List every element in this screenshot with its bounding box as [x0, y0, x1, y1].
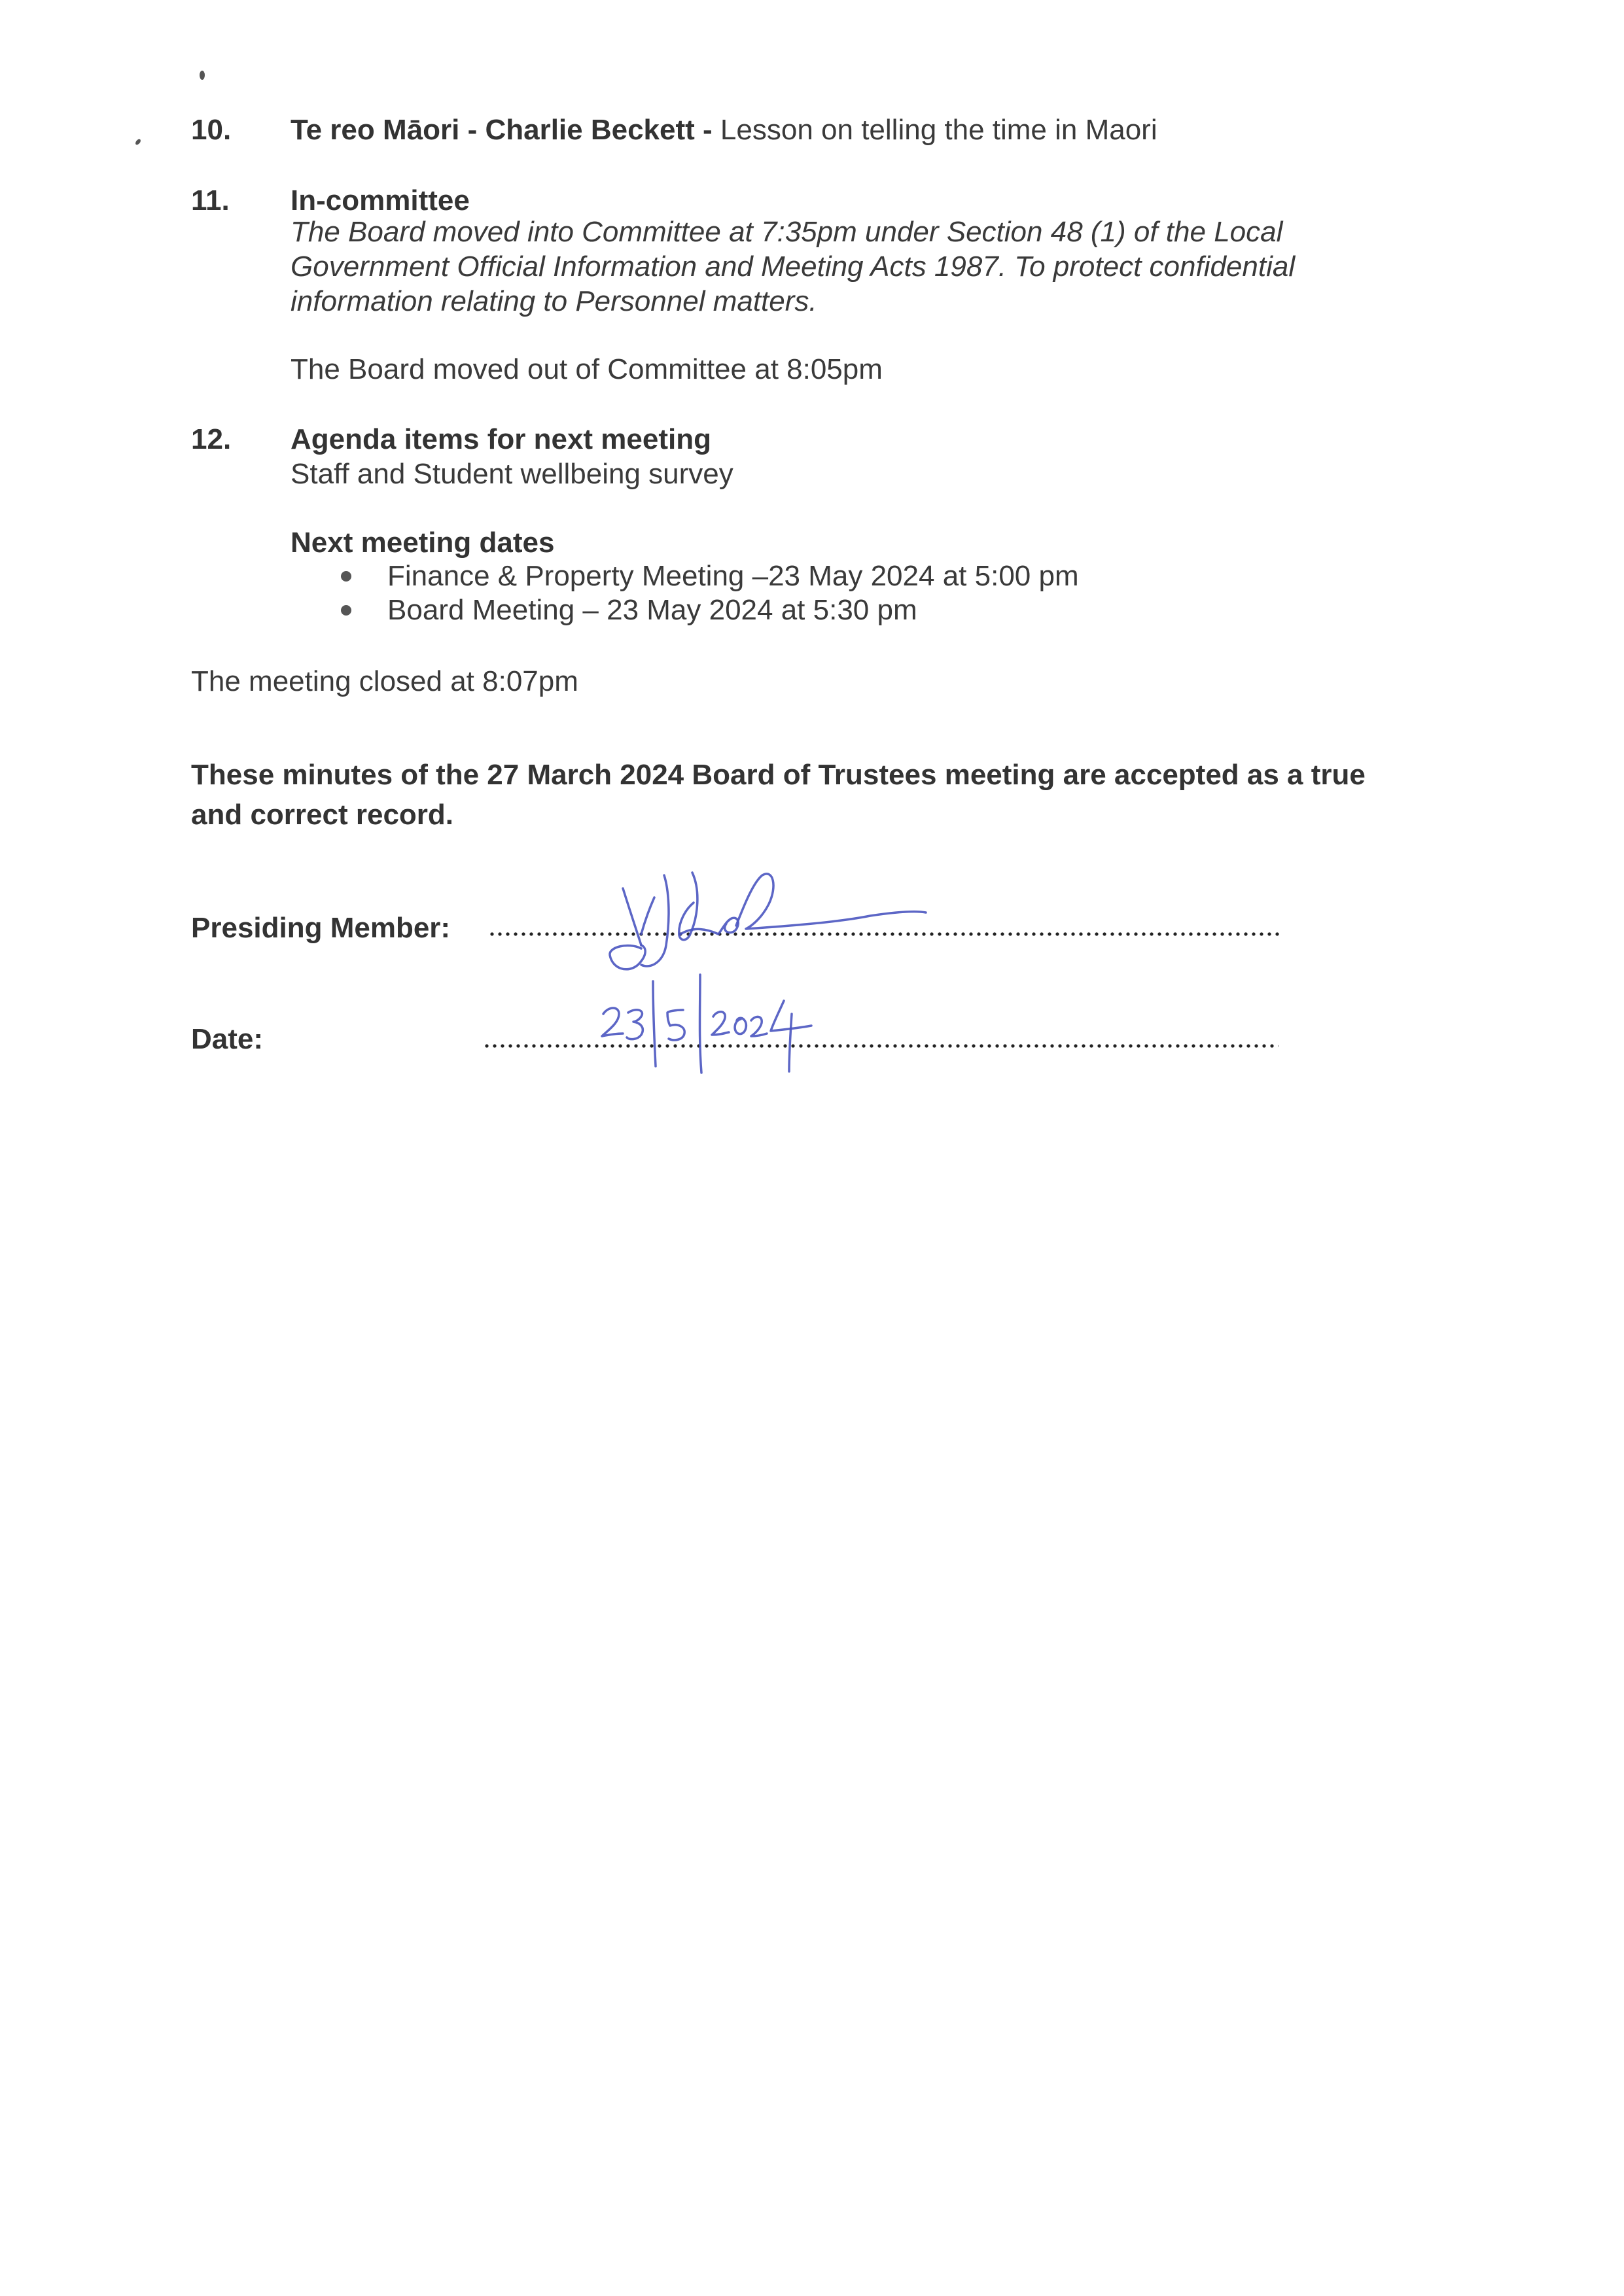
item-11-italic-line-3: information relating to Personnel matter…	[291, 284, 817, 319]
item-10-number: 10.	[191, 113, 231, 148]
item-10-text: Lesson on telling the time in Maori	[720, 114, 1157, 146]
scan-speck	[134, 138, 141, 146]
next-meeting-finance: Finance & Property Meeting –23 May 2024 …	[387, 559, 1079, 594]
acceptance-line-1: These minutes of the 27 March 2024 Board…	[191, 757, 1366, 793]
item-11-italic-line-2: Government Official Information and Meet…	[291, 249, 1295, 285]
item-10-line: Te reo Māori - Charlie Beckett - Lesson …	[291, 113, 1157, 148]
item-12-text: Staff and Student wellbeing survey	[291, 457, 733, 492]
item-11-title: In-committee	[291, 183, 470, 218]
item-12-title: Agenda items for next meeting	[291, 422, 711, 457]
date-label: Date:	[191, 1022, 263, 1057]
next-meeting-board: Board Meeting – 23 May 2024 at 5:30 pm	[387, 593, 917, 628]
bullet-icon	[341, 571, 351, 582]
item-11-number: 11.	[191, 183, 230, 218]
handwritten-date-icon: 23/5/2024	[595, 968, 890, 1073]
handwritten-signature-icon	[589, 863, 929, 981]
bullet-icon	[341, 605, 351, 616]
scan-speck	[200, 71, 205, 80]
meeting-closed-text: The meeting closed at 8:07pm	[191, 664, 578, 699]
next-meeting-heading: Next meeting dates	[291, 525, 554, 561]
document-page: 10. Te reo Māori - Charlie Beckett - Les…	[0, 0, 1624, 2296]
item-11-italic-line-1: The Board moved into Committee at 7:35pm…	[291, 215, 1282, 250]
item-12-number: 12.	[191, 422, 231, 457]
acceptance-line-2: and correct record.	[191, 797, 453, 833]
item-10-title: Te reo Māori - Charlie Beckett -	[291, 114, 713, 146]
presiding-member-label: Presiding Member:	[191, 911, 450, 946]
item-11-text: The Board moved out of Committee at 8:05…	[291, 352, 883, 387]
